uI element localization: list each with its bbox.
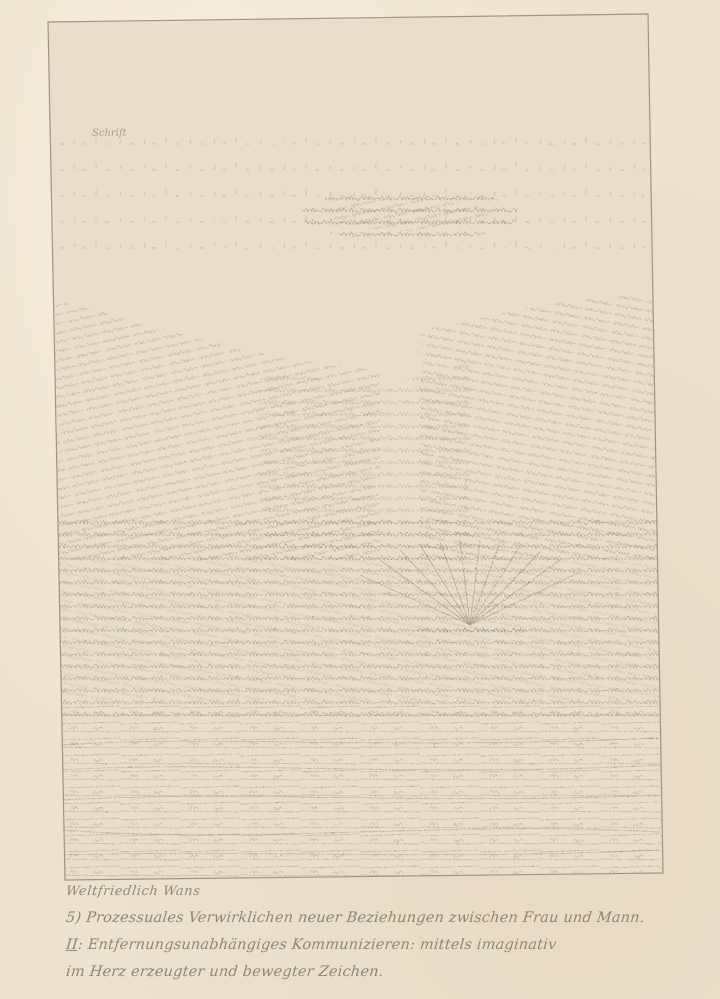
caption-signature: Weltfriedlich Wans: [65, 878, 708, 905]
caption-line-3: im Herz erzeugter und bewegter Zeichen.: [65, 959, 708, 986]
plate-inscription: Schrift: [92, 128, 128, 139]
handwritten-caption: Weltfriedlich Wans 5) Prozessuales Verwi…: [66, 878, 706, 986]
caption-line-1: 5) Prozessuales Verwirklichen neuer Bezi…: [65, 905, 708, 932]
caption-line-2: II: Entfernungsunabhängiges Kommuniziere…: [65, 932, 708, 959]
etching-plate: Schrift: [0, 0, 720, 999]
caption-line-2-text: : Entfernungsunabhängiges Kommunizieren:…: [77, 937, 557, 953]
sun-core: [410, 620, 530, 636]
